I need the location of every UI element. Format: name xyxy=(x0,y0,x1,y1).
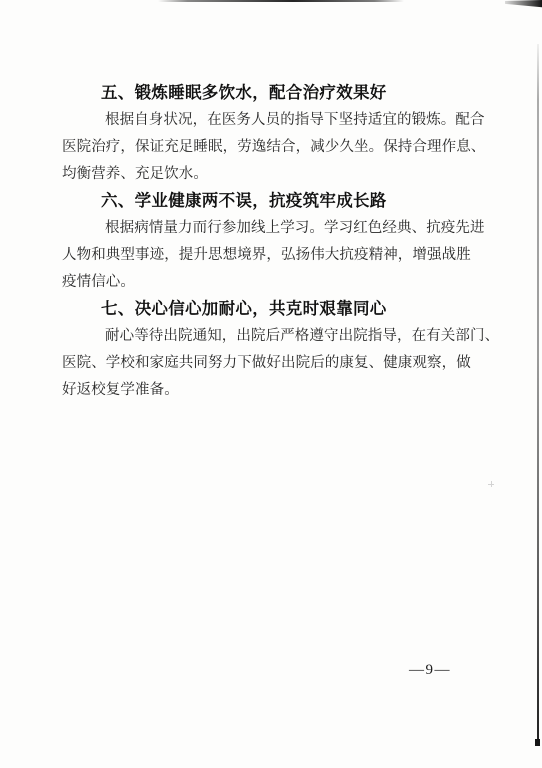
section-5-paragraph-line-3: 均衡营养、充足饮水。 xyxy=(62,161,488,188)
section-6-paragraph-line-3: 疫情信心。 xyxy=(62,269,488,296)
document-content: 五、锻炼睡眠多饮水，配合治疗效果好 根据自身状况，在医务人员的指导下坚持适宜的锻… xyxy=(62,80,488,404)
section-heading-7: 七、决心信心加耐心，共克时艰靠同心 xyxy=(62,296,488,323)
section-7-paragraph-line-1: 耐心等待出院通知，出院后严格遵守出院指导，在有关部门、 xyxy=(62,323,488,350)
section-7-paragraph-line-3: 好返校复学准备。 xyxy=(62,377,488,404)
top-right-corner-mark xyxy=(505,0,542,8)
right-edge-scan-line xyxy=(537,44,539,740)
right-edge-scan-line-end xyxy=(535,739,540,746)
section-heading-5: 五、锻炼睡眠多饮水，配合治疗效果好 xyxy=(62,80,488,107)
page-number: —9— xyxy=(399,659,461,681)
scanned-document-page: 五、锻炼睡眠多饮水，配合治疗效果好 根据自身状况，在医务人员的指导下坚持适宜的锻… xyxy=(0,0,542,768)
section-6-paragraph-line-1: 根据病情量力而行参加线上学习。学习红色经典、抗疫先进 xyxy=(62,215,488,242)
dust-speck xyxy=(488,481,494,487)
section-5-paragraph-line-1: 根据自身状况，在医务人员的指导下坚持适宜的锻炼。配合 xyxy=(62,107,488,134)
top-edge-scan-artifact xyxy=(158,0,404,2)
section-6-paragraph-line-2: 人物和典型事迹，提升思想境界，弘扬伟大抗疫精神，增强战胜 xyxy=(62,242,488,269)
section-7-paragraph-line-2: 医院、学校和家庭共同努力下做好出院后的康复、健康观察，做 xyxy=(62,350,488,377)
section-heading-6: 六、学业健康两不误，抗疫筑牢成长路 xyxy=(62,188,488,215)
section-5-paragraph-line-2: 医院治疗，保证充足睡眠，劳逸结合，减少久坐。保持合理作息、 xyxy=(62,134,488,161)
